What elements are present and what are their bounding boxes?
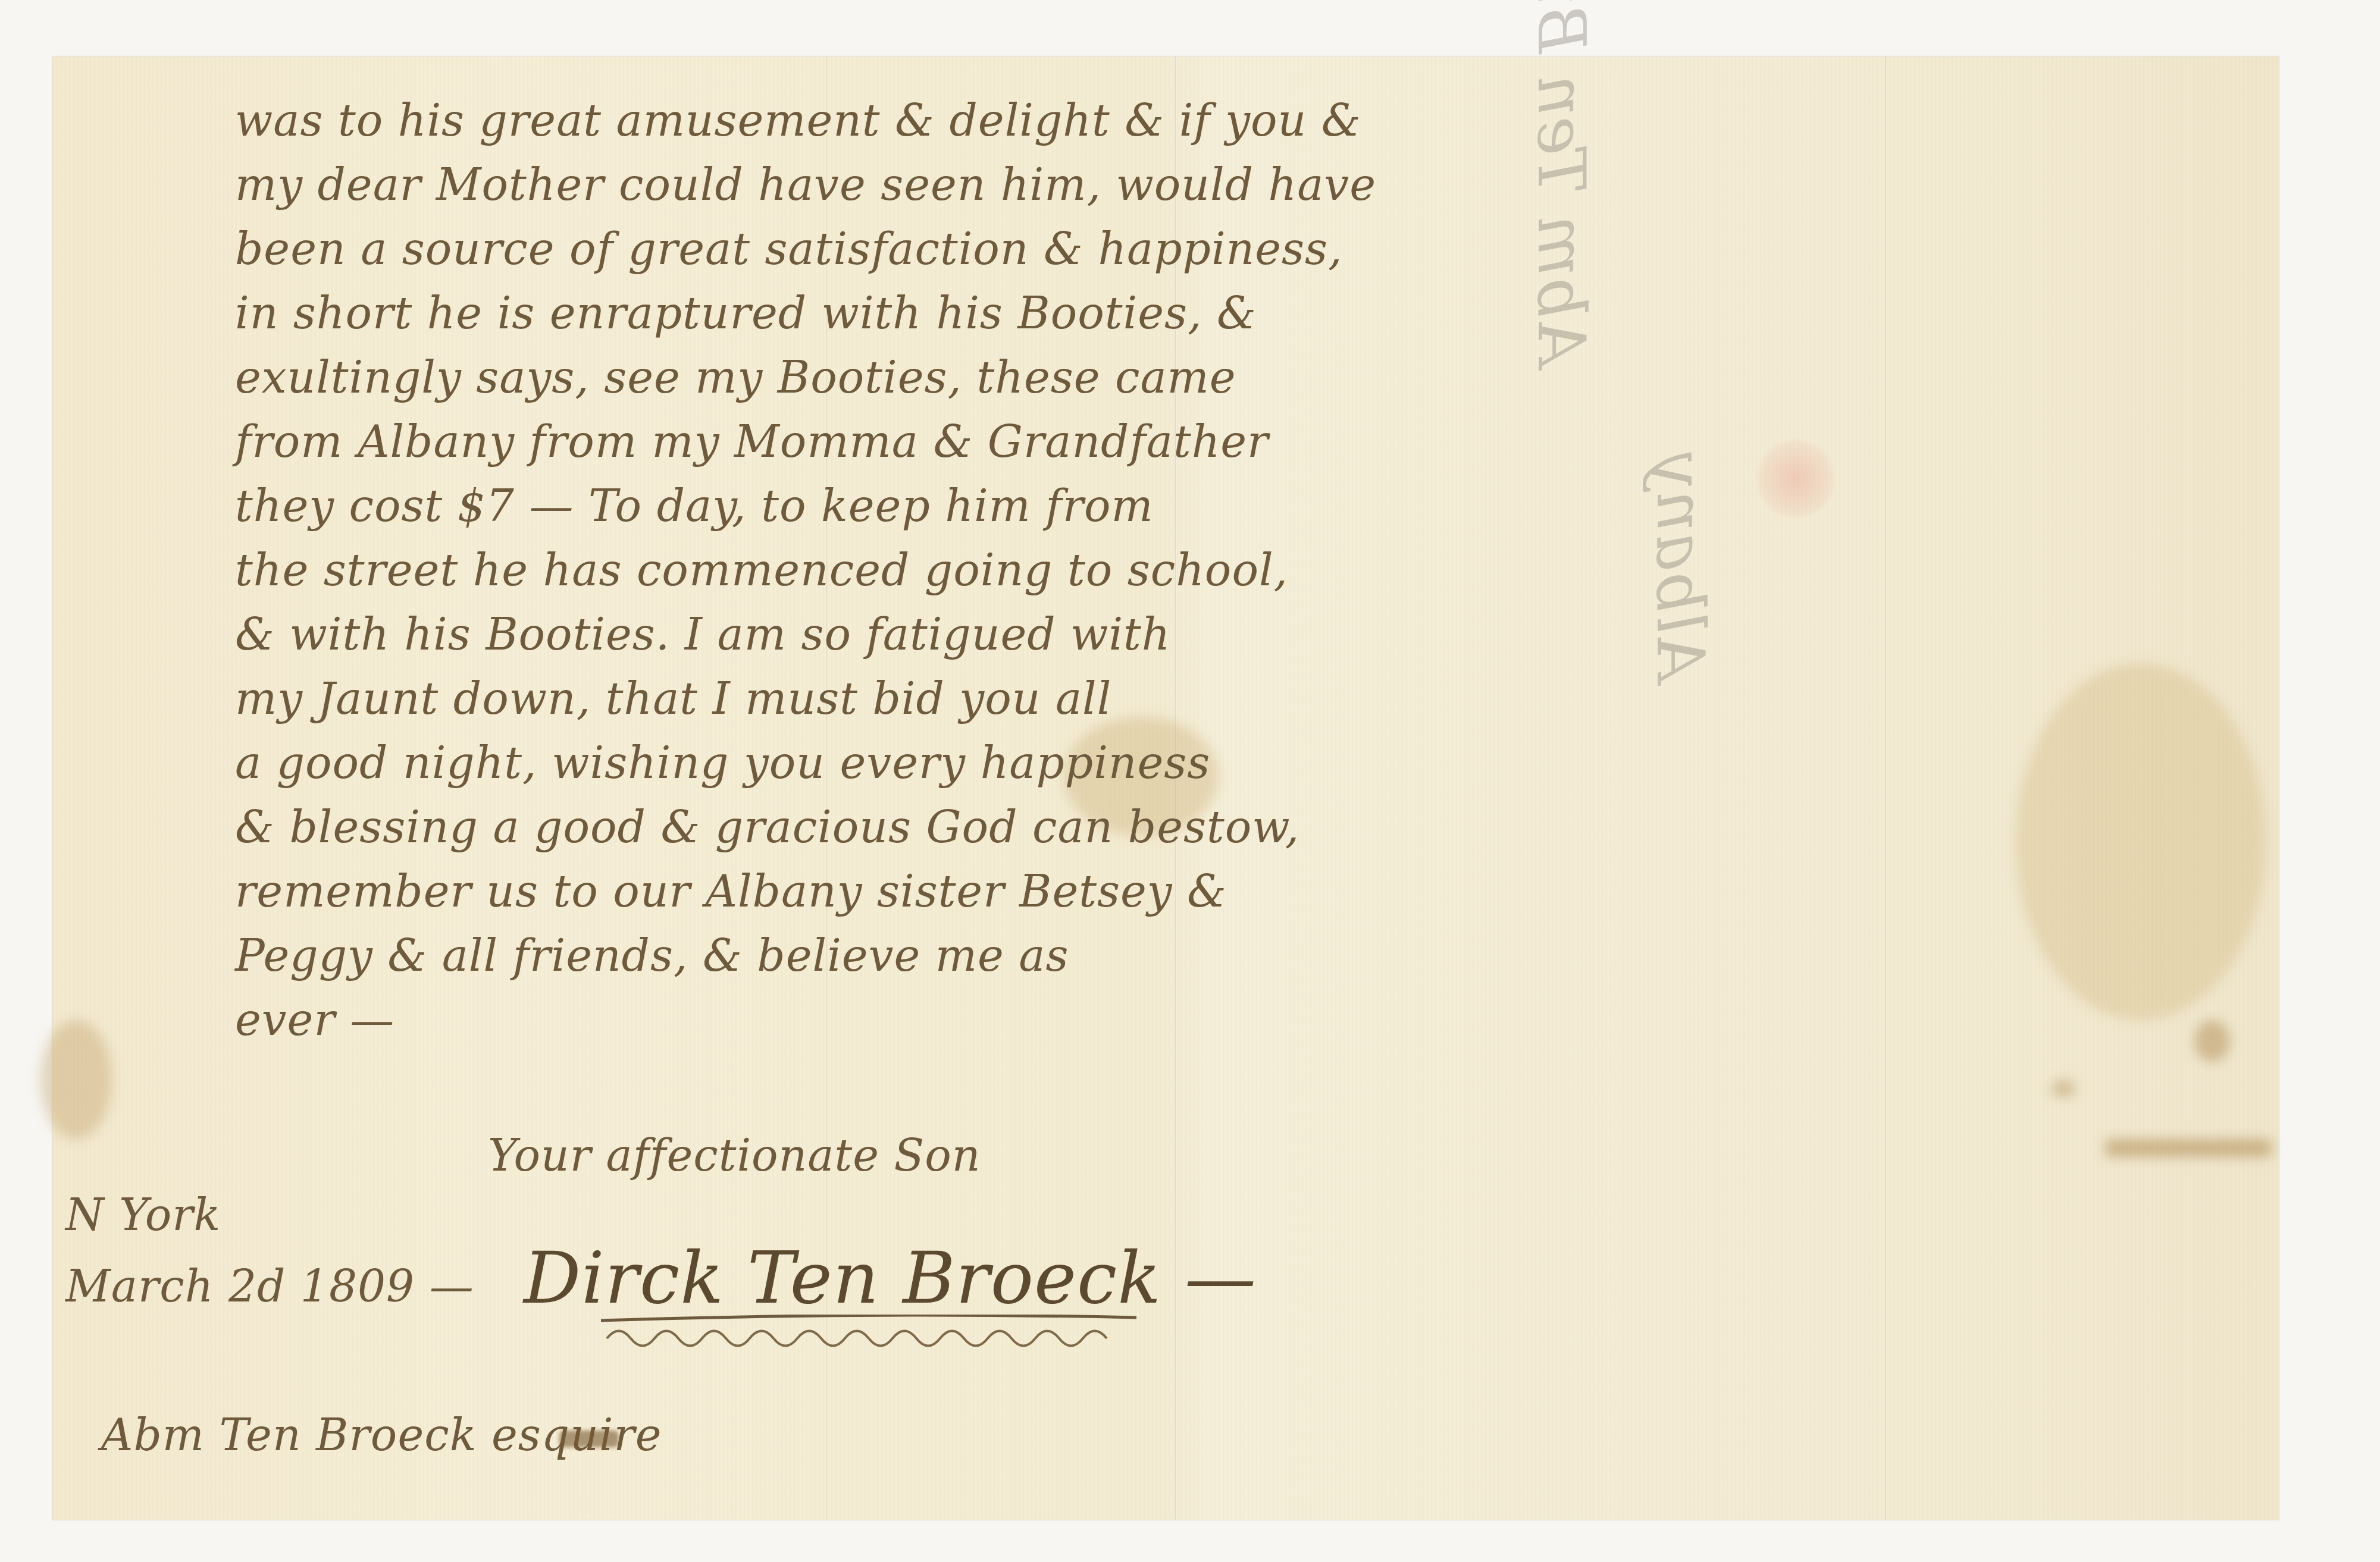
date-line: March 2d 1809 — [65,1261,474,1312]
stain-left-edge [40,1020,112,1139]
signature: Dirck Ten Broeck — [524,1237,1257,1320]
letter-line-13: remember us to our Albany sister Betsey … [235,866,1227,917]
fold-line-right [1885,57,1886,1520]
letter-line-3: been a source of great satisfaction & ha… [235,224,1343,275]
letter-line-7: they cost $7 — To day, to keep him from [235,481,1154,532]
letter-line-1: was to his great amusement & delight & i… [235,95,1361,146]
stain-drop-2 [2052,1080,2075,1097]
address-bleedthrough-1: Abm Ten Broeck Esquire [1523,0,1599,366]
stain-drop-1 [2194,1020,2230,1062]
letter-line-8: the street he has commenced going to sch… [235,545,1288,596]
letter-line-4: in short he is enraptured with his Booti… [235,288,1257,339]
address-bleedthrough-2: Albany [1642,453,1718,681]
letter-line-15: ever — [235,995,394,1046]
stain-right-tape [2016,663,2266,1020]
closing-salutation: Your affectionate Son [488,1130,981,1181]
letter-line-5: exultingly says, see my Booties, these c… [235,352,1236,403]
red-postmark-trace [1754,437,1837,520]
signature-flourish [595,1315,1142,1350]
letter-line-9: & with his Booties. I am so fatigued wit… [235,609,1171,660]
letter-line-12: & blessing a good & gracious God can bes… [235,802,1299,853]
letter-line-10: my Jaunt down, that I must bid you all [235,673,1111,724]
letter-line-14: Peggy & all friends, & believe me as [235,930,1069,981]
letter-line-11: a good night, wishing you every happines… [235,738,1210,789]
ink-blot-addressee [559,1431,619,1447]
place-line: N York [65,1190,221,1241]
letter-line-6: from Albany from my Momma & Grandfather [235,416,1269,468]
letter-line-2: my dear Mother could have seen him, woul… [235,159,1376,211]
stain-bottom-right [2105,1139,2272,1157]
